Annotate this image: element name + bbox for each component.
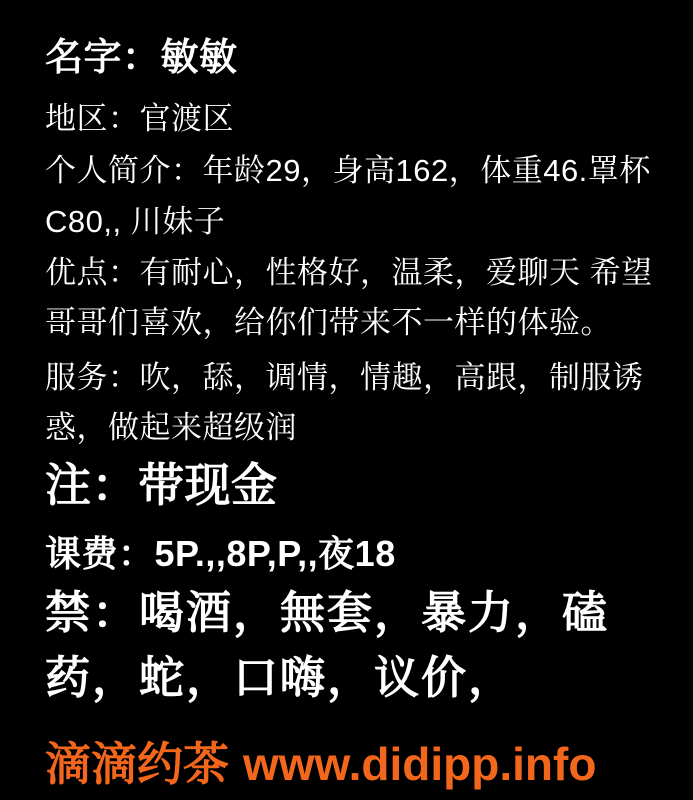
services-line-1: 服务：吹，舔，调情，情趣，高跟，制服诱: [45, 361, 653, 395]
brand-text: 滴滴约茶: [45, 738, 229, 790]
listing-flyer: 名字：敏敏 地区：官渡区 个人简介：年龄29，身高162，体重46.罩杯 C80…: [0, 0, 693, 800]
name-line: 名字：敏敏: [45, 38, 653, 80]
site-url[interactable]: www.didipp.info: [243, 738, 596, 790]
strengths-line-2: 哥哥们喜欢，给你们带来不一样的体验。: [45, 306, 653, 340]
forbidden-line-1: 禁：喝酒，無套，暴力，磕: [45, 588, 653, 638]
intro-line-2: C80,, 川妹子: [45, 205, 653, 239]
watermark: 滴滴约茶www.didipp.info: [45, 739, 653, 790]
price-line: 课费：5P.,,8P,P,,夜18: [45, 534, 653, 574]
strengths-line-1: 优点：有耐心，性格好，温柔，爱聊天 希望: [45, 256, 653, 290]
forbidden-line-2: 药，蛇，口嗨，议价，: [45, 653, 653, 703]
region-line: 地区：官渡区: [45, 102, 653, 136]
listing-content: 名字：敏敏 地区：官渡区 个人简介：年龄29，身高162，体重46.罩杯 C80…: [0, 38, 693, 789]
intro-line-1: 个人简介：年龄29，身高162，体重46.罩杯: [45, 154, 653, 188]
services-line-2: 惑，做起来超级润: [45, 411, 653, 445]
cash-note-line: 注：带现金: [45, 460, 653, 511]
